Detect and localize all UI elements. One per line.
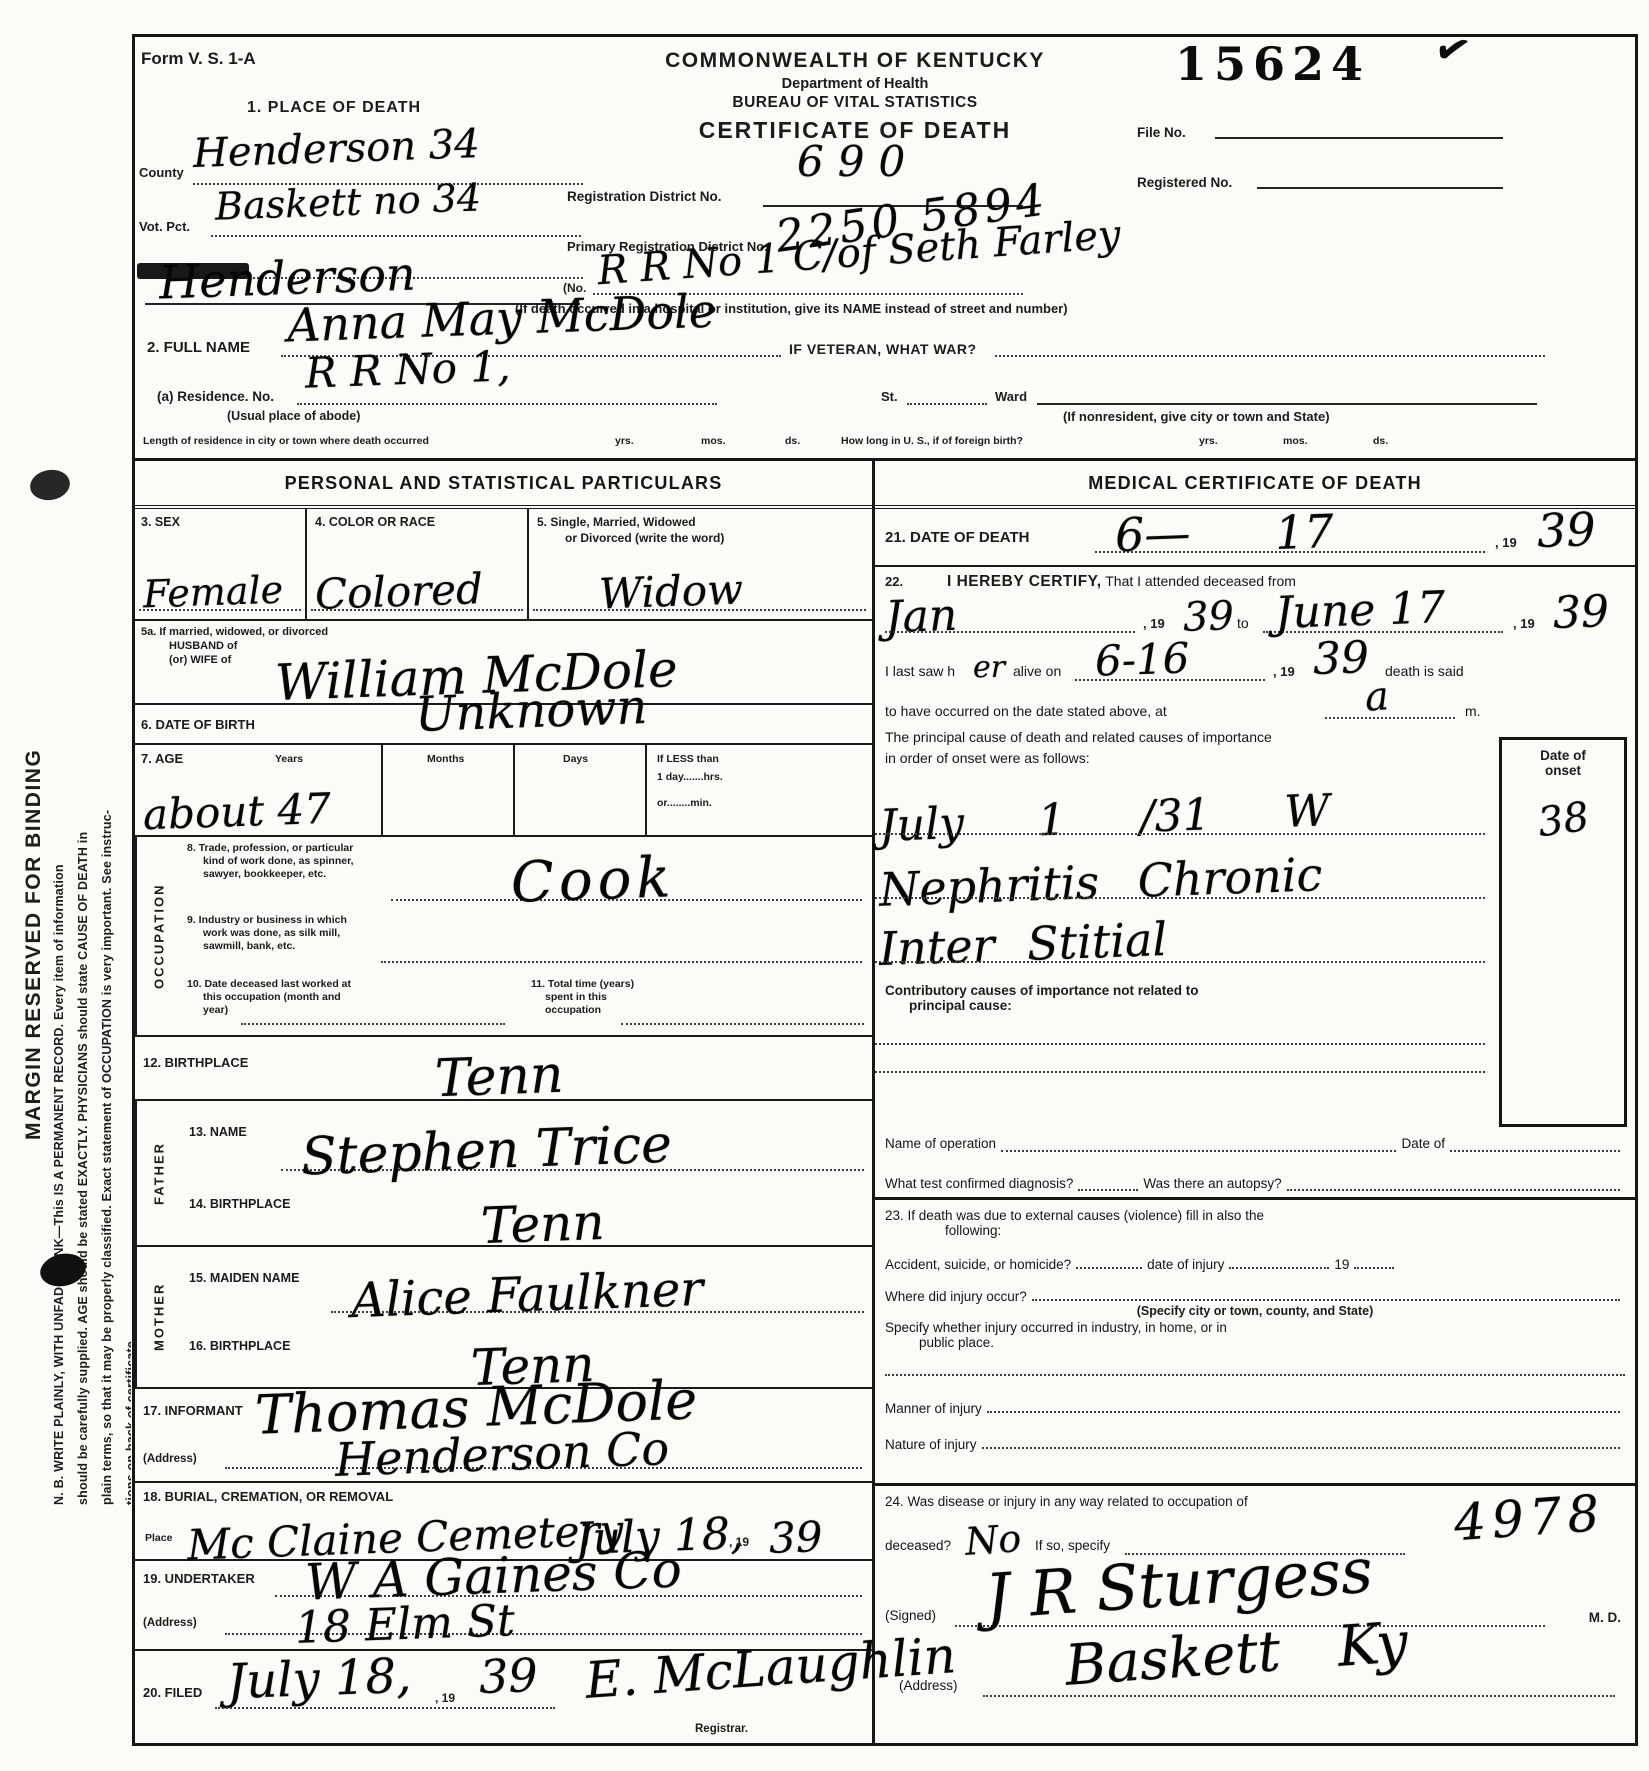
date-of-death-year: 39 bbox=[1536, 506, 1596, 554]
q23-injury-date-line bbox=[1229, 1265, 1329, 1269]
registered-no-label: Registered No. bbox=[1137, 175, 1232, 190]
form-header: Form V. S. 1-A 1. PLACE OF DEATH County … bbox=[135, 37, 1635, 461]
department-title: Department of Health bbox=[565, 76, 1145, 92]
last-saw-mid: alive on bbox=[1013, 663, 1061, 679]
birthplace-value: Tenn bbox=[434, 1049, 564, 1105]
dob-value: Unknown bbox=[414, 683, 648, 739]
father-birthplace-value: Tenn bbox=[480, 1197, 605, 1251]
registrar-label: Registrar. bbox=[695, 1723, 748, 1735]
trade-label-1: 8. Trade, profession, or particular bbox=[187, 842, 353, 855]
father-birthplace-label: 14. BIRTHPLACE bbox=[189, 1197, 290, 1211]
certify-rest: That I attended deceased from bbox=[1105, 573, 1296, 589]
us-yrs: yrs. bbox=[1199, 435, 1218, 448]
father-name-label: 13. NAME bbox=[189, 1125, 247, 1139]
last-worked-label-3: year) bbox=[203, 1004, 228, 1017]
race-label: 4. COLOR OR RACE bbox=[315, 515, 435, 529]
attended-to-value: June 17 bbox=[1274, 586, 1446, 636]
spouse-label-3: (or) WIFE of bbox=[169, 654, 231, 668]
contributory-label-2: principal cause: bbox=[909, 998, 1485, 1013]
occurred-text: to have occurred on the date stated abov… bbox=[885, 703, 1167, 719]
q23-line-1: 23. If death was due to external causes … bbox=[885, 1208, 1625, 1223]
nature-label: Nature of injury bbox=[885, 1437, 977, 1452]
nonresident-note: (If nonresident, give city or town and S… bbox=[1063, 409, 1330, 424]
us-mos: mos. bbox=[1283, 435, 1308, 448]
veteran-label: IF VETERAN, WHAT WAR? bbox=[789, 341, 977, 357]
manner-label: Manner of injury bbox=[885, 1401, 982, 1416]
commonwealth-title: COMMONWEALTH OF KENTUCKY bbox=[565, 49, 1145, 73]
cause-rule-1 bbox=[875, 833, 1485, 835]
ink-blot-2 bbox=[28, 467, 73, 503]
age-days-label: Days bbox=[563, 753, 588, 766]
industry-label-2: work was done, as silk mill, bbox=[203, 927, 340, 940]
occurred-hw: a bbox=[1364, 676, 1391, 718]
margin-instruction-line-2: should be carefully supplied. AGE should… bbox=[76, 832, 90, 1505]
spouse-label-2: HUSBAND of bbox=[169, 640, 237, 654]
ward-line bbox=[1037, 377, 1537, 405]
q23-19: 19 bbox=[1334, 1257, 1349, 1272]
age-value: about 47 bbox=[142, 788, 331, 837]
burial-year-value: 39 bbox=[768, 1516, 823, 1560]
q23-accident-line bbox=[1076, 1265, 1142, 1269]
last-worked-label-1: 10. Date deceased last worked at bbox=[187, 978, 351, 991]
certificate-stamp-number: 15624 bbox=[1175, 37, 1370, 91]
full-name-value: Anna May McDole bbox=[286, 288, 716, 349]
certify-bold: I HEREBY CERTIFY, bbox=[947, 573, 1102, 590]
total-time-line bbox=[621, 1023, 864, 1025]
filed-year-value: 39 bbox=[478, 1652, 538, 1700]
cause-rule-3 bbox=[875, 961, 1485, 963]
date-of-death-month: 6— bbox=[1114, 510, 1191, 559]
q23-injury-date-label: date of injury bbox=[1147, 1257, 1224, 1272]
date-of-death-day: 17 bbox=[1274, 508, 1334, 556]
form-number: Form V. S. 1-A bbox=[141, 49, 256, 69]
us-ds: ds. bbox=[1373, 435, 1388, 448]
medical-section: MEDICAL CERTIFICATE OF DEATH 21. DATE OF… bbox=[875, 461, 1635, 1743]
last-saw-pre: I last saw h bbox=[885, 663, 955, 679]
contributory-label-1: Contributory causes of importance not re… bbox=[885, 983, 1485, 998]
q24-deceased-label: deceased? bbox=[885, 1538, 951, 1553]
age-label: 7. AGE bbox=[141, 751, 183, 766]
st-label: St. bbox=[881, 389, 898, 404]
occupation-vertical-label: OCCUPATION bbox=[135, 837, 181, 1035]
margin-binding-note: MARGIN RESERVED FOR BINDING bbox=[22, 749, 46, 1140]
medical-section-title: MEDICAL CERTIFICATE OF DEATH bbox=[875, 461, 1635, 509]
race-value: Colored bbox=[314, 568, 483, 616]
industry-line bbox=[381, 961, 862, 963]
informant-address-label: (Address) bbox=[143, 1453, 197, 1465]
residence-label: (a) Residence. No. bbox=[157, 389, 274, 404]
personal-section-title: PERSONAL AND STATISTICAL PARTICULARS bbox=[135, 461, 872, 509]
md-label: M. D. bbox=[1589, 1610, 1621, 1625]
veteran-line bbox=[995, 329, 1545, 357]
death-certificate-scan: MARGIN RESERVED FOR BINDING N. B. WRITE … bbox=[0, 0, 1649, 1771]
marital-label-1: 5. Single, Married, Widowed bbox=[537, 515, 696, 529]
q23-specify-line-2: public place. bbox=[919, 1335, 1625, 1350]
margin-instruction-line-1: N. B. WRITE PLAINLY, WITH UNFADING INK—T… bbox=[52, 864, 66, 1505]
residence-value: R R No 1, bbox=[304, 345, 511, 394]
full-name-label: 2. FULL NAME bbox=[147, 339, 250, 356]
age-less-label-2: 1 day.......hrs. bbox=[657, 771, 723, 784]
father-name-value: Stephen Trice bbox=[300, 1119, 673, 1184]
personal-section: PERSONAL AND STATISTICAL PARTICULARS 3. … bbox=[135, 461, 875, 1743]
q23-19-line bbox=[1354, 1265, 1394, 1269]
mother-maiden-label: 15. MAIDEN NAME bbox=[189, 1271, 299, 1285]
how-long-us-label: How long in U. S., if of foreign birth? bbox=[841, 435, 1023, 448]
age-years-label: Years bbox=[275, 753, 303, 766]
industry-label-1: 9. Industry or business in which bbox=[187, 914, 347, 927]
q24-answer: No bbox=[964, 1519, 1023, 1561]
from-year-prefix: , 19 bbox=[1143, 616, 1165, 631]
bureau-title: BUREAU OF VITAL STATISTICS bbox=[565, 94, 1145, 112]
mother-vertical-label: MOTHER bbox=[135, 1247, 181, 1387]
last-worked-label-2: this occupation (month and bbox=[203, 991, 341, 1004]
last-saw-value: 6-16 bbox=[1094, 637, 1190, 682]
operation-line bbox=[1001, 1148, 1396, 1152]
date-of-death-label: 21. DATE OF DEATH bbox=[885, 529, 1029, 546]
cause-line-1: July 1 /31 W bbox=[878, 789, 1330, 849]
age-less-label-1: If LESS than bbox=[657, 753, 719, 766]
onset-label-1: Date of bbox=[1502, 748, 1624, 763]
attended-from-value: Jan bbox=[884, 594, 958, 640]
county-value: Henderson 34 bbox=[192, 124, 480, 174]
from-year-value: 39 bbox=[1182, 596, 1234, 638]
burial-label: 18. BURIAL, CREMATION, OR REMOVAL bbox=[143, 1489, 393, 1504]
last-saw-year-prefix: , 19 bbox=[1273, 664, 1295, 679]
manner-line bbox=[987, 1409, 1620, 1413]
trade-label-2: kind of work done, as spinner, bbox=[203, 855, 354, 868]
length-yrs: yrs. bbox=[615, 435, 634, 448]
total-time-label-1: 11. Total time (years) bbox=[531, 978, 634, 991]
marital-value: Widow bbox=[598, 569, 743, 616]
occurred-m: m. bbox=[1465, 703, 1481, 719]
age-months-label: Months bbox=[427, 753, 464, 766]
ward-label: Ward bbox=[995, 389, 1027, 404]
filed-line bbox=[215, 1707, 555, 1709]
father-vertical-label: FATHER bbox=[135, 1101, 181, 1245]
operation-date-label: Date of bbox=[1401, 1136, 1445, 1155]
undertaker-value: W A Gaines Co bbox=[304, 1544, 682, 1607]
cause-line-3: Inter Stitial bbox=[878, 916, 1168, 972]
contributory-rule-1 bbox=[875, 1043, 1485, 1045]
title-block: COMMONWEALTH OF KENTUCKY Department of H… bbox=[565, 49, 1145, 144]
age-less-label-3: or........min. bbox=[657, 797, 712, 810]
length-mos: mos. bbox=[701, 435, 726, 448]
place-of-death-heading: 1. PLACE OF DEATH bbox=[247, 99, 421, 117]
q23-line-2: following: bbox=[945, 1223, 1625, 1238]
sex-label: 3. SEX bbox=[141, 515, 180, 529]
attended-from-line bbox=[885, 631, 1135, 633]
undertaker-address-label: (Address) bbox=[143, 1617, 197, 1629]
filed-label: 20. FILED bbox=[143, 1685, 202, 1700]
registration-district-value: 690 bbox=[797, 141, 919, 183]
abode-note: (Usual place of abode) bbox=[227, 409, 360, 423]
trade-label-3: sawyer, bookkeeper, etc. bbox=[203, 868, 326, 881]
total-time-label-2: spent in this bbox=[545, 991, 607, 1004]
signed-label: (Signed) bbox=[885, 1608, 936, 1623]
st-line bbox=[907, 377, 987, 405]
burial-year-prefix: , 19 bbox=[729, 1535, 749, 1549]
spouse-label-1: 5a. If married, widowed, or divorced bbox=[141, 626, 328, 640]
margin-instruction-line-3: plain terms, so that it may be properly … bbox=[100, 810, 114, 1505]
q23-specify-line-1: Specify whether injury occurred in indus… bbox=[885, 1320, 1625, 1335]
q24-specify-label: If so, specify bbox=[1035, 1538, 1110, 1553]
length-residence-label: Length of residence in city or town wher… bbox=[143, 435, 429, 448]
operation-date-line bbox=[1450, 1148, 1620, 1152]
certify-number: 22. bbox=[885, 574, 903, 589]
mother-maiden-value: Alice Faulkner bbox=[350, 1265, 704, 1325]
county-label: County bbox=[139, 165, 184, 180]
filed-date-value: July 18, bbox=[226, 1652, 412, 1706]
undertaker-label: 19. UNDERTAKER bbox=[143, 1571, 255, 1586]
file-no-line bbox=[1215, 113, 1503, 139]
death-said-text: death is said bbox=[1385, 663, 1464, 679]
length-ds: ds. bbox=[785, 435, 800, 448]
q23-specify-city-note: (Specify city or town, county, and State… bbox=[885, 1304, 1625, 1318]
mother-birthplace-label: 16. BIRTHPLACE bbox=[189, 1339, 290, 1353]
nature-line bbox=[982, 1445, 1620, 1449]
cause-rule-2 bbox=[875, 897, 1485, 899]
q24-number: 4978 bbox=[1452, 1488, 1606, 1548]
informant-label: 17. INFORMANT bbox=[143, 1403, 243, 1418]
onset-label-2: onset bbox=[1502, 763, 1624, 778]
operation-label: Name of operation bbox=[885, 1136, 996, 1155]
q23-where-label: Where did injury occur? bbox=[885, 1289, 1027, 1304]
industry-label-3: sawmill, bank, etc. bbox=[203, 940, 295, 953]
date-of-death-year-prefix: , 19 bbox=[1495, 535, 1517, 550]
registration-district-label: Registration District No. bbox=[567, 189, 722, 204]
autopsy-line bbox=[1287, 1187, 1620, 1191]
informant-value: Thomas McDole bbox=[254, 1373, 698, 1442]
q23-accident-label: Accident, suicide, or homicide? bbox=[885, 1257, 1071, 1272]
registered-no-line bbox=[1257, 163, 1503, 189]
date-of-onset-box: Date of onset 38 bbox=[1499, 737, 1627, 1127]
filed-year-prefix: , 19 bbox=[435, 1691, 455, 1705]
q23-where-line bbox=[1032, 1297, 1620, 1301]
last-worked-line bbox=[241, 1023, 505, 1025]
birthplace-label: 12. BIRTHPLACE bbox=[143, 1055, 248, 1070]
certificate-form: Form V. S. 1-A 1. PLACE OF DEATH County … bbox=[132, 34, 1638, 1746]
q23-blank-rule bbox=[885, 1374, 1625, 1376]
autopsy-label: Was there an autopsy? bbox=[1143, 1176, 1281, 1197]
dob-label: 6. DATE OF BIRTH bbox=[141, 717, 255, 732]
marital-label-2: or Divorced (write the word) bbox=[565, 531, 724, 545]
precinct-value: Baskett no 34 bbox=[214, 178, 481, 225]
test-label: What test confirmed diagnosis? bbox=[885, 1176, 1073, 1197]
total-time-label-3: occupation bbox=[545, 1004, 601, 1017]
contributory-rule-2 bbox=[875, 1071, 1485, 1073]
cause-line-2: Nephritis Chronic bbox=[878, 851, 1323, 912]
sex-value: Female bbox=[142, 571, 283, 614]
precinct-label: Vot. Pct. bbox=[139, 219, 190, 234]
onset-value: 38 bbox=[1535, 797, 1591, 844]
stray-ink-mark: ✔ bbox=[1430, 21, 1476, 77]
file-no-label: File No. bbox=[1137, 125, 1186, 140]
trade-value: Cook bbox=[510, 850, 676, 912]
to-year-value: 39 bbox=[1552, 590, 1610, 636]
burial-place-label: Place bbox=[145, 1532, 172, 1545]
to-label: to bbox=[1237, 615, 1249, 631]
physician-address-label: (Address) bbox=[899, 1678, 958, 1693]
last-saw-year: 39 bbox=[1312, 636, 1370, 682]
last-saw-er: er bbox=[973, 653, 1005, 683]
test-line bbox=[1078, 1187, 1138, 1191]
to-year-prefix: , 19 bbox=[1513, 616, 1535, 631]
